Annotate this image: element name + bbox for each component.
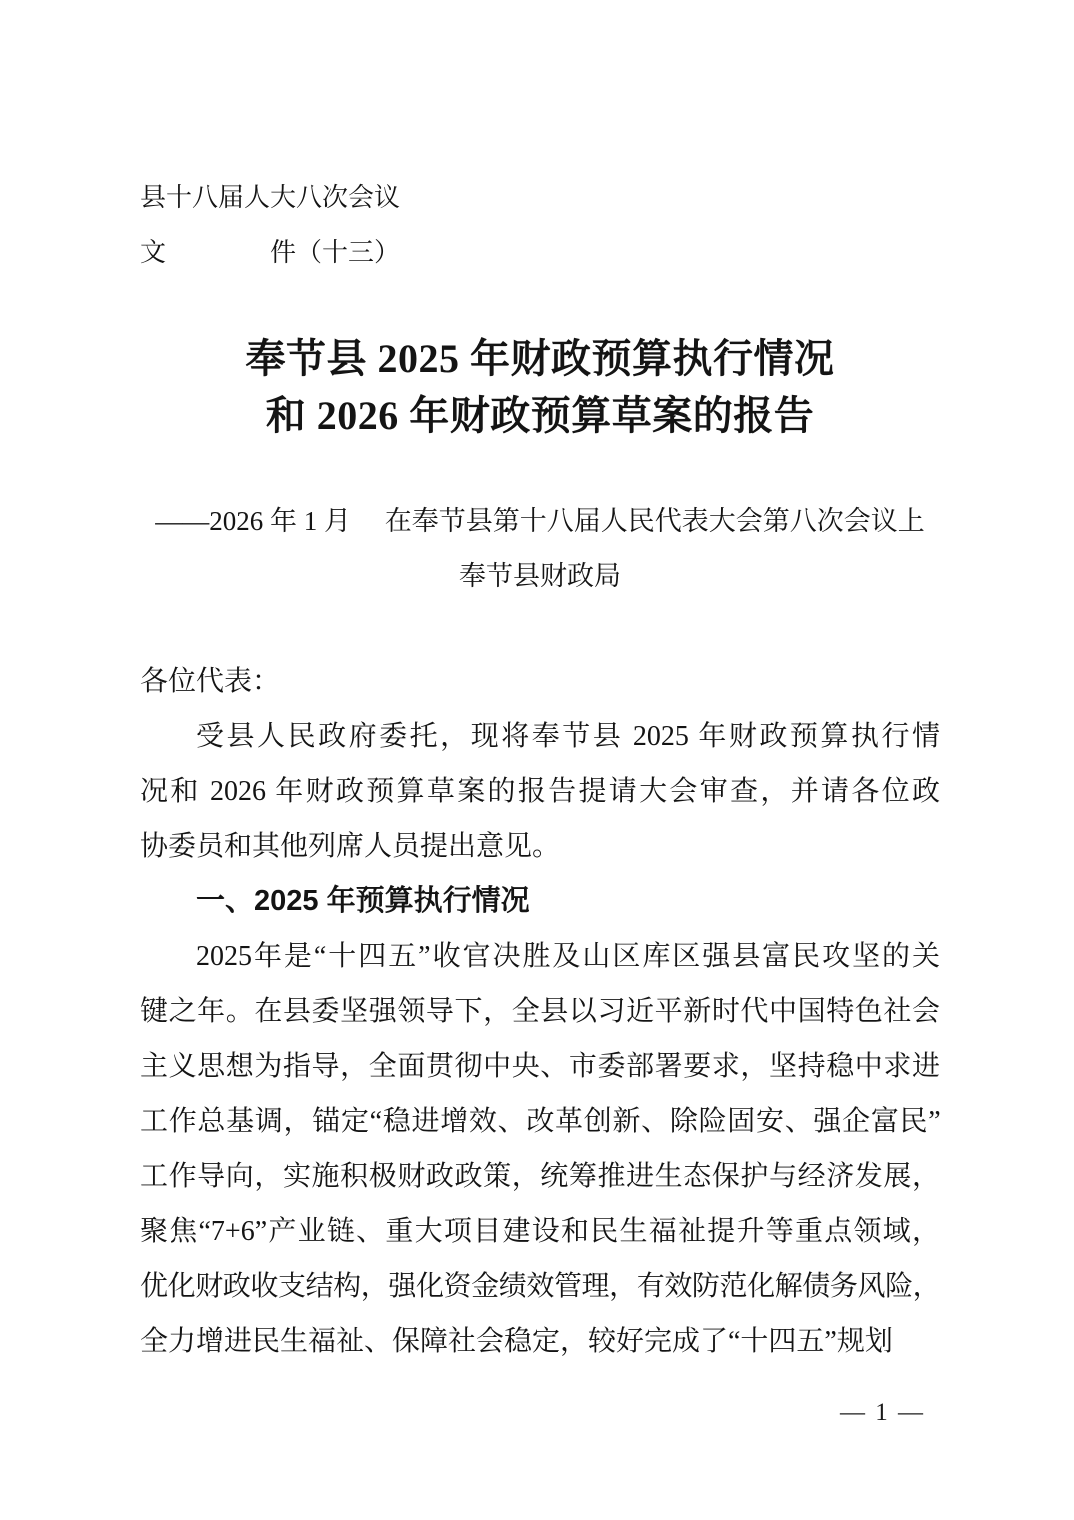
meeting-header: 县十八届人大八次会议 文 件（十三） [140,170,940,280]
document-title-line2: 和 2026 年财政预算草案的报告 [140,387,940,444]
paragraph-line: 工作导向，实施积极财政政策，统筹推进生态保护与经济发展， [140,1149,940,1204]
paragraph-line: 键之年。在县委坚强领导下，全县以习近平新时代中国特色社会 [140,984,940,1039]
document-page: 县十八届人大八次会议 文 件（十三） 奉节县 2025 年财政预算执行情况 和 … [0,0,1074,1520]
document-content: 县十八届人大八次会议 文 件（十三） 奉节县 2025 年财政预算执行情况 和 … [0,0,1074,1369]
salutation: 各位代表： [140,654,940,709]
document-subtitle: ——2026 年 1 月 在奉节县第十八届人民代表大会第八次会议上 [140,494,940,549]
document-title: 奉节县 2025 年财政预算执行情况 和 2026 年财政预算草案的报告 [140,330,940,444]
paragraph-line: 主义思想为指导，全面贯彻中央、市委部署要求，坚持稳中求进 [140,1039,940,1094]
paragraph-line: 聚焦“7+6”产业链、重大项目建设和民生福祉提升等重点领域， [140,1204,940,1259]
page-number: — 1 — [840,1398,925,1428]
paragraph-line: 况和 2026 年财政预算草案的报告提请大会审查，并请各位政 [140,764,940,819]
document-body: 各位代表： 受县人民政府委托，现将奉节县 2025 年财政预算执行情 况和 20… [140,654,940,1369]
issuer-name: 奉节县财政局 [140,549,940,604]
paragraph-line: 优化财政收支结构，强化资金绩效管理，有效防范化解债务风险， [140,1259,940,1314]
section-heading: 一、2025 年预算执行情况 [140,874,940,929]
meeting-header-line1: 县十八届人大八次会议 [140,170,940,225]
paragraph-line: 2025年是“十四五”收官决胜及山区库区强县富民攻坚的关 [140,929,940,984]
paragraph-line: 受县人民政府委托，现将奉节县 2025 年财政预算执行情 [140,709,940,764]
paragraph-line: 全力增进民生福祉、保障社会稳定，较好完成了“十四五”规划 [140,1314,940,1369]
doc-number-line: 文 件（十三） [140,225,940,280]
paragraph-line: 协委员和其他列席人员提出意见。 [140,819,940,874]
paragraph-line: 工作总基调，锚定“稳进增效、改革创新、除险固安、强企富民” [140,1094,940,1149]
document-title-line1: 奉节县 2025 年财政预算执行情况 [140,330,940,387]
